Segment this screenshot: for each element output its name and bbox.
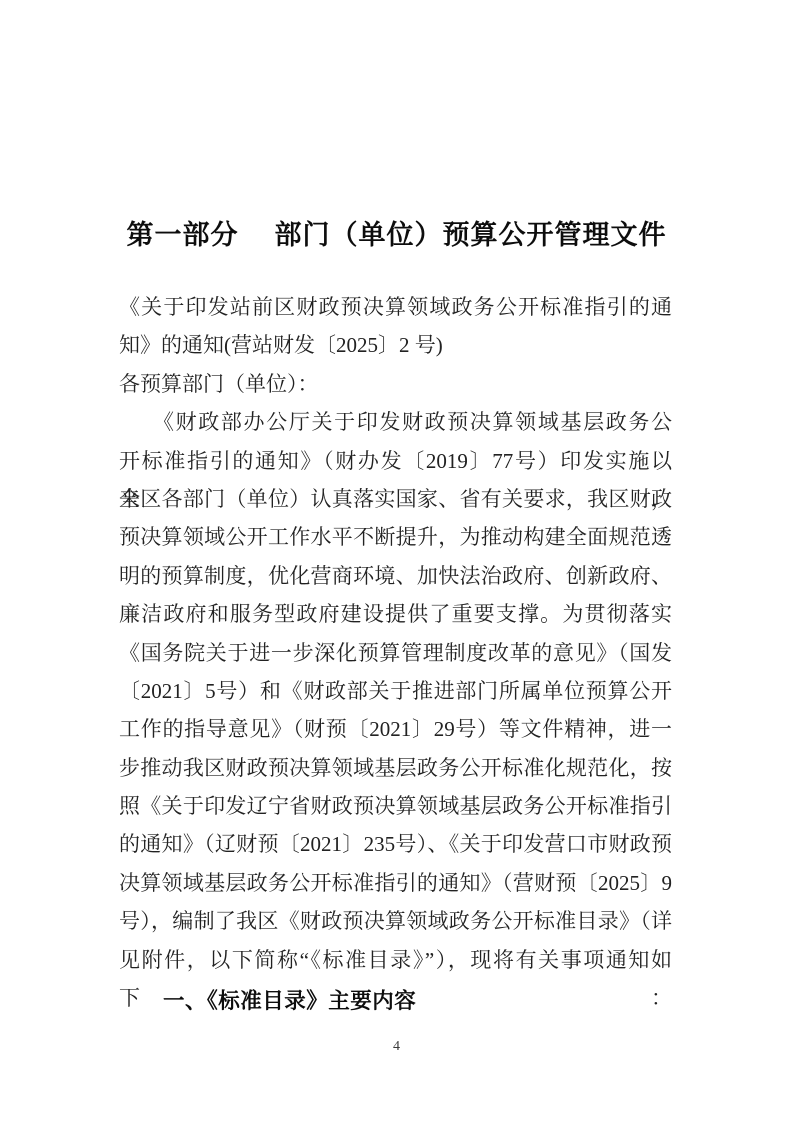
- body-line: 《关于印发站前区财政预决算领域政务公开标准指引的通: [119, 288, 672, 326]
- body-line: 预决算领域公开工作水平不断提升，为推动构建全面规范透: [119, 518, 672, 556]
- section-title-part: 第一部分: [127, 213, 239, 252]
- body-line: 明的预算制度，优化营商环境、加快法治政府、创新政府、: [119, 557, 672, 595]
- document-body: 《关于印发站前区财政预决算领域政务公开标准指引的通知》的通知(营站财发〔2025…: [119, 288, 672, 1016]
- body-line: 号），编制了我区《财政预决算领域政务公开标准目录》（详: [119, 902, 672, 940]
- body-line: 的通知》（辽财预〔2021〕235号）、《关于印发营口市财政预: [119, 825, 672, 863]
- page-number: 4: [0, 1039, 793, 1055]
- section-title-text: 部门（单位）预算公开管理文件: [275, 213, 667, 252]
- body-line: 廉洁政府和服务型政府建设提供了重要支撑。为贯彻落实: [119, 595, 672, 633]
- body-lines: 《关于印发站前区财政预决算领域政务公开标准指引的通知》的通知(营站财发〔2025…: [119, 288, 672, 979]
- body-line: 见附件，以下简称“《标准目录》”），现将有关事项通知如下：: [119, 941, 672, 979]
- body-line: 步推动我区财政预决算领域基层政务公开标准化规范化，按: [119, 749, 672, 787]
- body-line: 《国务院关于进一步深化预算管理制度改革的意见》（国发: [119, 634, 672, 672]
- body-line: 决算领域基层政务公开标准指引的通知》（营财预〔2025〕9: [119, 864, 672, 902]
- body-line: 开标准指引的通知》（财办发〔2019〕77号）印发实施以来，: [119, 442, 672, 480]
- section-title: 第一部分 部门（单位）预算公开管理文件: [0, 213, 793, 252]
- body-line: 各预算部门（单位）：: [119, 365, 672, 403]
- body-line: 〔2021〕5号）和《财政部关于推进部门所属单位预算公开: [119, 672, 672, 710]
- body-line: 工作的指导意见》（财预〔2021〕29号）等文件精神，进一: [119, 710, 672, 748]
- body-line: 全区各部门（单位）认真落实国家、省有关要求，我区财政: [119, 480, 672, 518]
- body-line: 《财政部办公厅关于印发财政预决算领域基层政务公: [119, 403, 672, 441]
- document-page: 第一部分 部门（单位）预算公开管理文件 《关于印发站前区财政预决算领域政务公开标…: [0, 0, 793, 1122]
- body-line: 照《关于印发辽宁省财政预决算领域基层政务公开标准指引: [119, 787, 672, 825]
- body-line: 知》的通知(营站财发〔2025〕2 号): [119, 326, 672, 364]
